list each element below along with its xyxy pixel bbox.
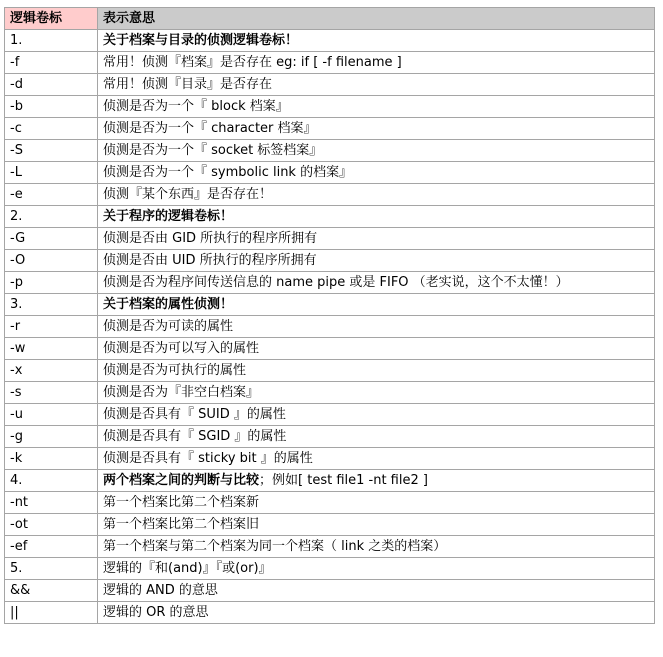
table-row: -b侦测是否为一个『 block 档案』 <box>5 96 655 118</box>
meaning-bold-text: 关于档案与目录的侦测逻辑卷标！ <box>103 33 298 48</box>
meaning-cell: 侦测是否为一个『 socket 标签档案』 <box>98 140 655 162</box>
flag-cell: -G <box>5 228 98 250</box>
meaning-cell: 侦测是否为可以写入的属性 <box>98 338 655 360</box>
table-body: 1.关于档案与目录的侦测逻辑卷标！-f常用！侦测『档案』是否存在 eg: if … <box>5 30 655 624</box>
meaning-cell: 常用！侦测『目录』是否存在 <box>98 74 655 96</box>
flag-cell: -d <box>5 74 98 96</box>
flag-cell: -u <box>5 404 98 426</box>
flag-cell: -L <box>5 162 98 184</box>
table-row: 5.逻辑的『和(and)』『或(or)』 <box>5 558 655 580</box>
header-cell-meaning: 表示意思 <box>98 8 655 30</box>
flag-cell: -b <box>5 96 98 118</box>
meaning-cell: 侦测是否为可执行的属性 <box>98 360 655 382</box>
meaning-cell: 侦测是否由 GID 所执行的程序所拥有 <box>98 228 655 250</box>
meaning-cell: 侦测是否为一个『 symbolic link 的档案』 <box>98 162 655 184</box>
table-row: -p侦测是否为程序间传送信息的 name pipe 或是 FIFO （老实说，这… <box>5 272 655 294</box>
table-row: -L侦测是否为一个『 symbolic link 的档案』 <box>5 162 655 184</box>
table-row: -O侦测是否由 UID 所执行的程序所拥有 <box>5 250 655 272</box>
meaning-cell: 侦测是否为『非空白档案』 <box>98 382 655 404</box>
meaning-cell: 关于档案的属性侦测！ <box>98 294 655 316</box>
flag-cell: -k <box>5 448 98 470</box>
table-row: &&逻辑的 AND 的意思 <box>5 580 655 602</box>
meaning-bold-text: 两个档案之间的判断与比较 <box>103 473 259 488</box>
meaning-cell: 侦测是否由 UID 所执行的程序所拥有 <box>98 250 655 272</box>
table-row: -g侦测是否具有『 SGID 』的属性 <box>5 426 655 448</box>
flag-cell: -x <box>5 360 98 382</box>
flag-cell: -O <box>5 250 98 272</box>
flag-cell: 3. <box>5 294 98 316</box>
meaning-cell: 侦测是否为一个『 block 档案』 <box>98 96 655 118</box>
table-row: -s侦测是否为『非空白档案』 <box>5 382 655 404</box>
meaning-cell: 侦测是否具有『 SGID 』的属性 <box>98 426 655 448</box>
flag-cell: -ot <box>5 514 98 536</box>
table-row: 4.两个档案之间的判断与比较；例如[ test file1 -nt file2 … <box>5 470 655 492</box>
flag-cell: -c <box>5 118 98 140</box>
flag-cell: -s <box>5 382 98 404</box>
table-row: -d常用！侦测『目录』是否存在 <box>5 74 655 96</box>
flag-cell: -e <box>5 184 98 206</box>
table-row: -r侦测是否为可读的属性 <box>5 316 655 338</box>
meaning-cell: 侦测是否具有『 SUID 』的属性 <box>98 404 655 426</box>
table-row: -S侦测是否为一个『 socket 标签档案』 <box>5 140 655 162</box>
table-row: -e侦测『某个东西』是否存在！ <box>5 184 655 206</box>
meaning-cell: 逻辑的『和(and)』『或(or)』 <box>98 558 655 580</box>
meaning-cell: 常用！侦测『档案』是否存在 eg: if [ -f filename ] <box>98 52 655 74</box>
page: 逻辑卷标 表示意思 1.关于档案与目录的侦测逻辑卷标！-f常用！侦测『档案』是否… <box>0 0 663 629</box>
table-row: -nt第一个档案比第二个档案新 <box>5 492 655 514</box>
meaning-cell: 侦测是否为可读的属性 <box>98 316 655 338</box>
meaning-cell: 关于档案与目录的侦测逻辑卷标！ <box>98 30 655 52</box>
flag-cell: -p <box>5 272 98 294</box>
meaning-cell: 逻辑的 OR 的意思 <box>98 602 655 624</box>
meaning-bold-text: 关于程序的逻辑卷标！ <box>103 209 233 224</box>
flag-cell: && <box>5 580 98 602</box>
flag-cell: || <box>5 602 98 624</box>
table-row: ||逻辑的 OR 的意思 <box>5 602 655 624</box>
meaning-cell: 第一个档案比第二个档案新 <box>98 492 655 514</box>
table-row: -c侦测是否为一个『 character 档案』 <box>5 118 655 140</box>
flag-cell: 4. <box>5 470 98 492</box>
table-row: -f常用！侦测『档案』是否存在 eg: if [ -f filename ] <box>5 52 655 74</box>
table-row: 2.关于程序的逻辑卷标！ <box>5 206 655 228</box>
header-row: 逻辑卷标 表示意思 <box>5 8 655 30</box>
flag-cell: -ef <box>5 536 98 558</box>
meaning-cell: 侦测是否具有『 sticky bit 』的属性 <box>98 448 655 470</box>
meaning-cell: 两个档案之间的判断与比较；例如[ test file1 -nt file2 ] <box>98 470 655 492</box>
meaning-cell: 侦测是否为程序间传送信息的 name pipe 或是 FIFO （老实说，这个不… <box>98 272 655 294</box>
flag-cell: 2. <box>5 206 98 228</box>
flag-cell: -w <box>5 338 98 360</box>
flag-cell: -S <box>5 140 98 162</box>
meaning-cell: 关于程序的逻辑卷标！ <box>98 206 655 228</box>
flag-cell: -r <box>5 316 98 338</box>
meaning-cell: 第一个档案与第二个档案为同一个档案（ link 之类的档案） <box>98 536 655 558</box>
flag-cell: -nt <box>5 492 98 514</box>
meaning-cell: 第一个档案比第二个档案旧 <box>98 514 655 536</box>
flag-cell: 5. <box>5 558 98 580</box>
flag-cell: 1. <box>5 30 98 52</box>
table-row: -u侦测是否具有『 SUID 』的属性 <box>5 404 655 426</box>
flag-cell: -g <box>5 426 98 448</box>
logic-flags-table: 逻辑卷标 表示意思 1.关于档案与目录的侦测逻辑卷标！-f常用！侦测『档案』是否… <box>4 7 655 624</box>
header-cell-flag: 逻辑卷标 <box>5 8 98 30</box>
flag-cell: -f <box>5 52 98 74</box>
table-row: -G侦测是否由 GID 所执行的程序所拥有 <box>5 228 655 250</box>
table-row: -ot第一个档案比第二个档案旧 <box>5 514 655 536</box>
table-row: 1.关于档案与目录的侦测逻辑卷标！ <box>5 30 655 52</box>
meaning-cell: 侦测是否为一个『 character 档案』 <box>98 118 655 140</box>
meaning-cell: 逻辑的 AND 的意思 <box>98 580 655 602</box>
table-row: -ef第一个档案与第二个档案为同一个档案（ link 之类的档案） <box>5 536 655 558</box>
table-row: -k侦测是否具有『 sticky bit 』的属性 <box>5 448 655 470</box>
table-row: 3.关于档案的属性侦测！ <box>5 294 655 316</box>
meaning-cell: 侦测『某个东西』是否存在！ <box>98 184 655 206</box>
table-row: -x侦测是否为可执行的属性 <box>5 360 655 382</box>
meaning-bold-text: 关于档案的属性侦测！ <box>103 297 233 312</box>
table-row: -w侦测是否为可以写入的属性 <box>5 338 655 360</box>
